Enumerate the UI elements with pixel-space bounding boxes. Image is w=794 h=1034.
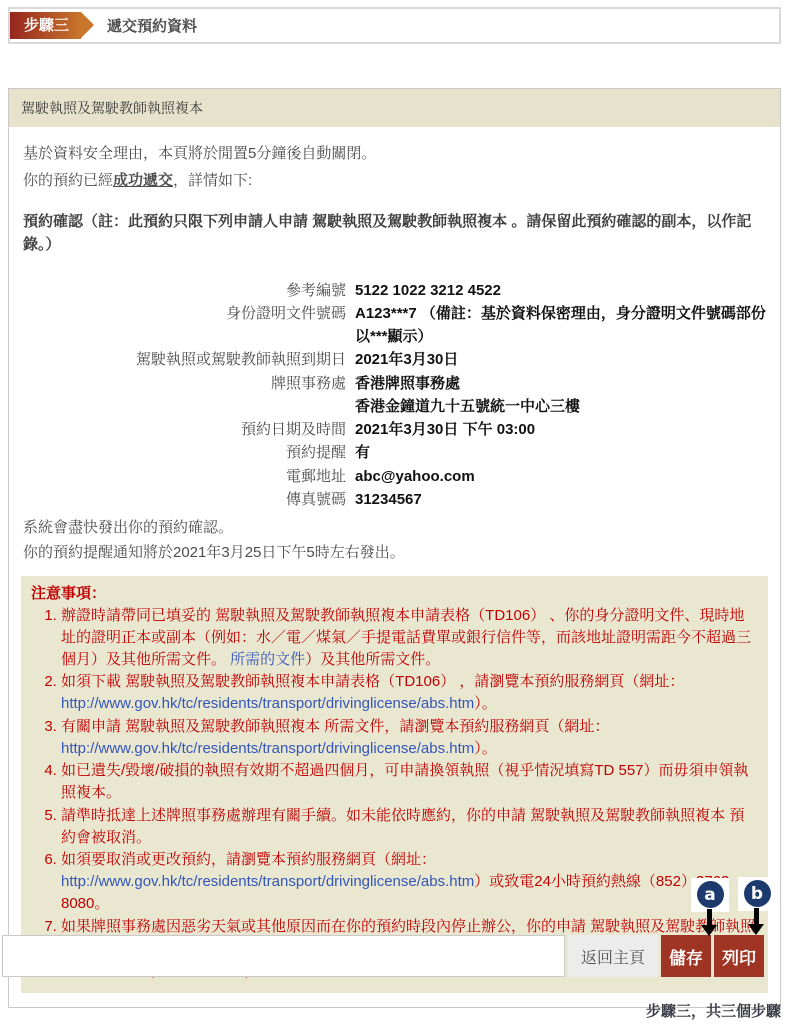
note-link[interactable]: http://www.gov.hk/tc/residents/transport… <box>61 873 474 890</box>
confirmation-panel: 駕駛執照及駕駛教師執照複本 基於資料安全理由，本頁將於閒置5分鐘後自動關閉。 你… <box>8 88 781 1008</box>
step-title: 遞交預約資料 <box>107 15 197 36</box>
notes-box: 注意事項： 辦證時請帶同已填妥的 駕駛執照及駕駛教師執照複本申請表格（TD106… <box>21 576 768 993</box>
followup-text: 系統會盡快發出你的預約確認。 你的預約提醒通知將於2021年3月25日下午5時左… <box>23 517 768 564</box>
detail-value: 2021年3月30日 下午 03:00 <box>355 418 768 441</box>
save-button[interactable]: 儲存 <box>661 935 711 977</box>
note-item: 如已遺失/毀壞/破損的執照有效期不超過四個月，可申請換領執照（視乎情況填寫TD … <box>61 760 758 804</box>
detail-value: 31234567 <box>355 488 768 511</box>
detail-label: 牌照事務處 <box>23 372 355 419</box>
confirmation-dispatch-note: 系統會盡快發出你的預約確認。 <box>23 517 768 540</box>
detail-label: 參考編號 <box>23 279 355 302</box>
step-header: 步驟三 遞交預約資料 <box>8 7 781 44</box>
detail-value: abc@yahoo.com <box>355 465 768 488</box>
details-table: 參考編號5122 1022 3212 4522身份證明文件號碼A123***7 … <box>23 279 768 512</box>
submitted-prefix: 你的預約已經 <box>23 172 113 189</box>
annotation-arrow-b-icon <box>748 908 765 936</box>
detail-label: 身份證明文件號碼 <box>23 302 355 349</box>
detail-value: 2021年3月30日 <box>355 348 768 371</box>
note-item: 如須要取消或更改預約，請瀏覽本預約服務網頁（網址： http://www.gov… <box>61 849 758 914</box>
step-number-badge: 步驟三 <box>10 12 81 39</box>
back-to-home-button[interactable]: 返回主頁 <box>568 935 658 977</box>
detail-label: 傳真號碼 <box>23 488 355 511</box>
panel-body: 基於資料安全理由，本頁將於閒置5分鐘後自動關閉。 你的預約已經成功遞交，詳情如下… <box>9 127 780 1007</box>
note-item: 有關申請 駕駛執照及駕駛教師執照複本 所需文件，請瀏覽本預約服務網頁（網址： h… <box>61 716 758 760</box>
detail-label: 預約提醒 <box>23 441 355 464</box>
submitted-suffix: ，詳情如下: <box>173 172 252 189</box>
notes-list: 辦證時請帶同已填妥的 駕駛執照及駕駛教師執照複本申請表格（TD106） 、你的身… <box>31 605 758 982</box>
notes-heading: 注意事項： <box>31 582 758 603</box>
auto-close-notice: 基於資料安全理由，本頁將於閒置5分鐘後自動關閉。 <box>23 143 768 166</box>
detail-row: 電郵地址abc@yahoo.com <box>23 465 768 488</box>
note-item: 請準時抵達上述牌照事務處辦理有關手續。如未能依時應約，你的申請 駕駛執照及駕駛教… <box>61 805 758 849</box>
note-link[interactable]: http://www.gov.hk/tc/residents/transport… <box>61 695 474 712</box>
section-title: 駕駛執照及駕駛教師執照複本 <box>9 89 780 127</box>
detail-label: 預約日期及時間 <box>23 418 355 441</box>
detail-row: 駕駛執照或駕駛教師執照到期日2021年3月30日 <box>23 348 768 371</box>
action-bar: 返回主頁 儲存 列印 <box>2 935 764 977</box>
detail-row: 身份證明文件號碼A123***7 （備註：基於資料保密理由，身分證明文件號碼部份… <box>23 302 768 349</box>
annotation-arrow-a-icon <box>701 909 718 937</box>
action-bar-spacer <box>2 935 565 977</box>
annotation-letter-b: b <box>744 880 771 907</box>
note-item: 如須下載 駕駛執照及駕駛教師執照複本申請表格（TD106） ，請瀏覽本預約服務網… <box>61 671 758 715</box>
detail-row: 參考編號5122 1022 3212 4522 <box>23 279 768 302</box>
reminder-dispatch-note: 你的預約提醒通知將於2021年3月25日下午5時左右發出。 <box>23 542 768 565</box>
detail-value: 5122 1022 3212 4522 <box>355 279 768 302</box>
detail-row: 牌照事務處香港牌照事務處香港金鐘道九十五號統一中心三樓 <box>23 372 768 419</box>
intro-text: 基於資料安全理由，本頁將於閒置5分鐘後自動關閉。 你的預約已經成功遞交，詳情如下… <box>23 143 768 192</box>
detail-value: 有 <box>355 441 768 464</box>
submitted-emphasis: 成功遞交 <box>113 172 173 189</box>
note-link[interactable]: 所需的文件 <box>230 651 305 668</box>
detail-value: 香港牌照事務處香港金鐘道九十五號統一中心三樓 <box>355 372 768 419</box>
detail-label: 電郵地址 <box>23 465 355 488</box>
submitted-notice: 你的預約已經成功遞交，詳情如下: <box>23 170 768 193</box>
annotation-badge-a: a <box>691 878 729 912</box>
annotation-letter-a: a <box>697 881 724 908</box>
step-progress-note: 步驟三，共三個步驟 <box>646 1000 781 1021</box>
detail-label: 駕駛執照或駕駛教師執照到期日 <box>23 348 355 371</box>
detail-row: 傳真號碼31234567 <box>23 488 768 511</box>
note-link[interactable]: http://www.gov.hk/tc/residents/transport… <box>61 740 474 757</box>
detail-row: 預約提醒有 <box>23 441 768 464</box>
print-button[interactable]: 列印 <box>714 935 764 977</box>
detail-row: 預約日期及時間2021年3月30日 下午 03:00 <box>23 418 768 441</box>
annotation-badge-b: b <box>738 877 776 911</box>
detail-value: A123***7 （備註：基於資料保密理由，身分證明文件號碼部份以***顯示） <box>355 302 768 349</box>
confirm-heading: 預約確認（註：此預約只限下列申請人申請 駕駛執照及駕駛教師執照複本 。請保留此預… <box>23 210 768 257</box>
note-item: 辦證時請帶同已填妥的 駕駛執照及駕駛教師執照複本申請表格（TD106） 、你的身… <box>61 605 758 670</box>
